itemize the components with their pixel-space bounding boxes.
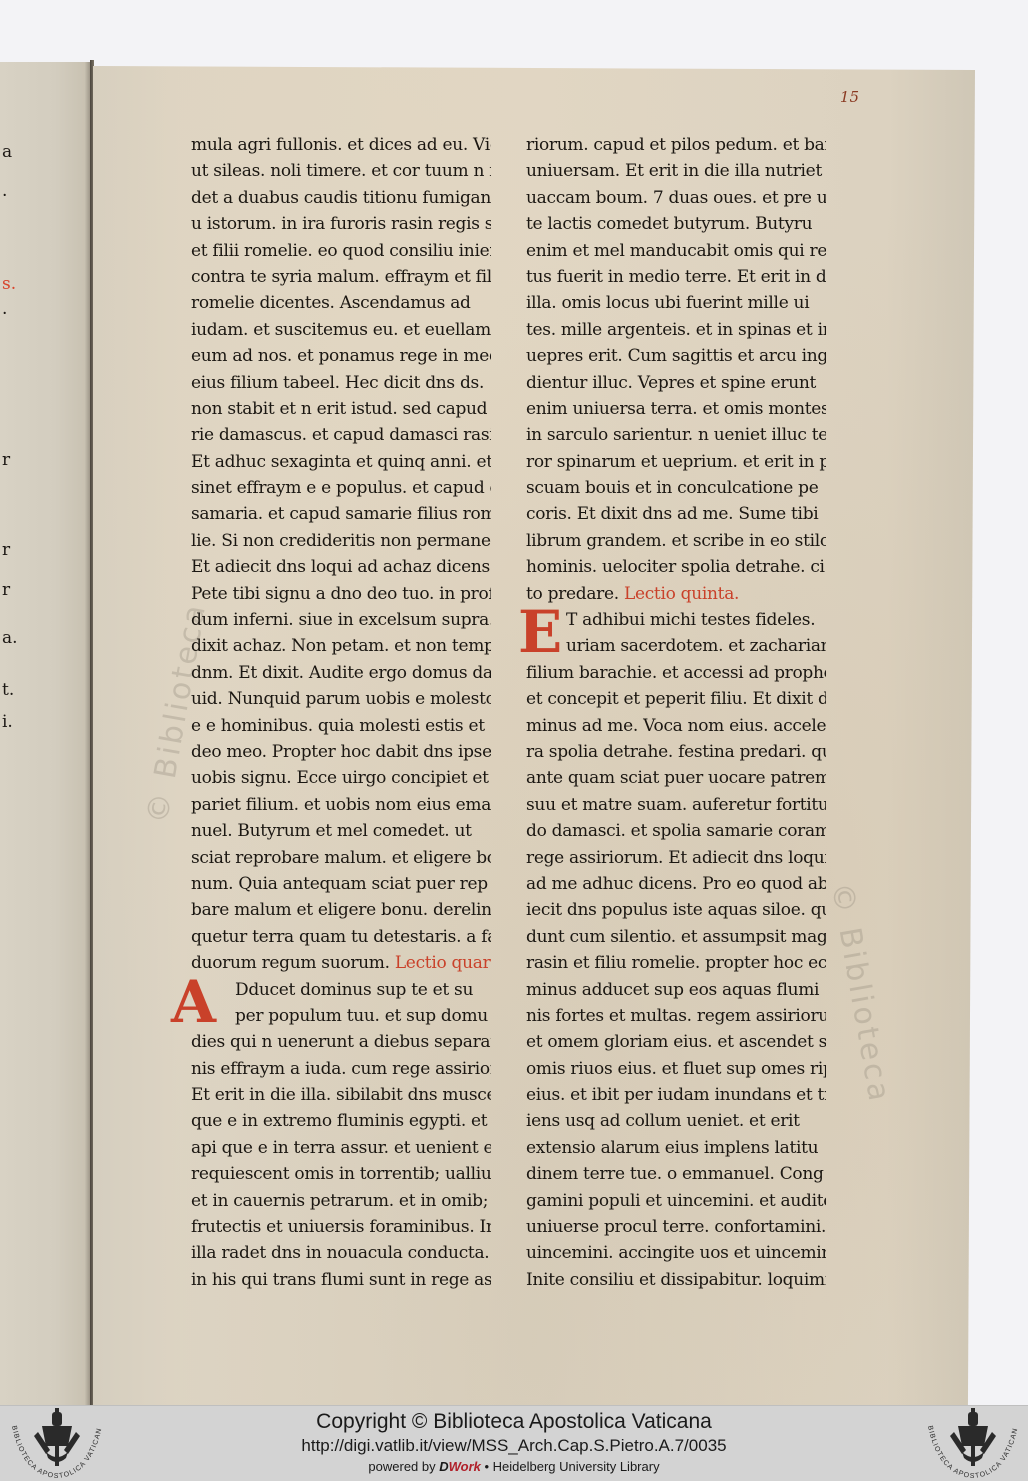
manuscript-line: pariet filium. et uobis nom eius ema: [191, 792, 491, 818]
manuscript-line: eius. et ibit per iudam inundans et tran…: [526, 1082, 826, 1108]
watermark-right: © Biblioteca: [824, 880, 897, 1106]
manuscript-line: quetur terra quam tu detestaris. a facie: [191, 924, 491, 950]
manuscript-line: que e in extremo fluminis egypti. et: [191, 1108, 491, 1134]
manuscript-line: rie damascus. et capud damasci rasin.: [191, 422, 491, 448]
left-page-fragment: t.: [2, 680, 14, 700]
manuscript-line: te lactis comedet butyrum. Butyru: [526, 211, 826, 237]
manuscript-line: nuel. Butyrum et mel comedet. ut: [191, 818, 491, 844]
manuscript-line: non stabit et n erit istud. sed capud sy: [191, 396, 491, 422]
left-page-fragment: ·: [2, 186, 7, 206]
left-page-fragment: i.: [2, 712, 13, 732]
manuscript-folio: 15 © Biblioteca © Biblioteca mula agri f…: [93, 66, 975, 1405]
manuscript-line: uid. Nunquid parum uobis e molestos: [191, 686, 491, 712]
manuscript-line: samaria. et capud samarie filius rome: [191, 501, 491, 527]
manuscript-line: dies qui n uenerunt a diebus separatio: [191, 1029, 491, 1055]
rubric-lectio-quarta: Lectio quarta.: [390, 953, 491, 973]
footer-text: Copyright © Biblioteca Apostolica Vatica…: [0, 1409, 1028, 1477]
manuscript-line: iecit dns populus iste aquas siloe. que …: [526, 897, 826, 923]
manuscript-line: enim uniuersa terra. et omis montes qui: [526, 396, 826, 422]
manuscript-line: uepres erit. Cum sagittis et arcu ingre: [526, 343, 826, 369]
illuminated-initial-a: A: [171, 973, 216, 1031]
manuscript-line: u istorum. in ira furoris rasin regis sy…: [191, 211, 491, 237]
powered-suffix: • Heidelberg University Library: [481, 1459, 660, 1474]
manuscript-line: nis effraym a iuda. cum rege assiriorum.: [191, 1056, 491, 1082]
left-page-fragment: ·: [2, 304, 7, 324]
manuscript-line: dientur illuc. Vepres et spine erunt: [526, 370, 826, 396]
manuscript-line: gamini populi et uincemini. et audite: [526, 1188, 826, 1214]
manuscript-line: dum inferni. siue in excelsum supra. Et: [191, 607, 491, 633]
manuscript-line: et concepit et peperit filiu. Et dixit d…: [526, 686, 826, 712]
manuscript-line: sciat reprobare malum. et eligere bo: [191, 845, 491, 871]
manuscript-line: per populum tuu. et sup domu patris tui.: [191, 1003, 491, 1029]
manuscript-line: frutectis et uniuersis foraminibus. In d…: [191, 1214, 491, 1240]
left-page-edge: a·s.·rrra.t.i.: [0, 62, 92, 1405]
manuscript-line: Et adiecit dns loqui ad achaz dicens.: [191, 554, 491, 580]
manuscript-line: nis fortes et multas. regem assiriorum.: [526, 1003, 826, 1029]
copyright-footer: BIBLIOTECA APOSTOLICA VATICANA Copyright…: [0, 1405, 1028, 1481]
powered-prefix: powered by: [368, 1459, 439, 1474]
manuscript-line: e e hominibus. quia molesti estis et: [191, 713, 491, 739]
powered-by-line: powered by DWork • Heidelberg University…: [0, 1457, 1028, 1477]
manuscript-line: Et erit in die illa. sibilabit dns musce: [191, 1082, 491, 1108]
folio-number: 15: [840, 88, 859, 106]
left-page-fragment: a.: [2, 628, 18, 648]
manuscript-line: illa. omis locus ubi fuerint mille ui: [526, 290, 826, 316]
manuscript-line: in sarculo sarientur. n ueniet illuc ter: [526, 422, 826, 448]
manuscript-line: to predare. Lectio quinta.: [526, 581, 826, 607]
left-page-fragment: r: [2, 540, 10, 560]
left-page-fragment: r: [2, 450, 10, 470]
manuscript-line: enim et mel manducabit omis qui relic: [526, 238, 826, 264]
left-page-fragment: s.: [2, 274, 16, 294]
manuscript-line: ror spinarum et ueprium. et erit in pa: [526, 449, 826, 475]
illuminated-initial-e: E: [518, 603, 562, 661]
text-column-left: mula agri fullonis. et dices ad eu. Vide…: [191, 132, 491, 1293]
manuscript-line: uincemini. accingite uos et uincemini.: [526, 1240, 826, 1266]
manuscript-line: uriam sacerdotem. et zachariam: [526, 633, 826, 659]
manuscript-line: omis riuos eius. et fluet sup omes ripas: [526, 1056, 826, 1082]
manuscript-line: hominis. uelociter spolia detrahe. ci: [526, 554, 826, 580]
manuscript-line: librum grandem. et scribe in eo stilo: [526, 528, 826, 554]
manuscript-line: scuam bouis et in conculcatione pe: [526, 475, 826, 501]
manuscript-line: num. Quia antequam sciat puer rep: [191, 871, 491, 897]
rubric-lectio-quinta: Lectio quinta.: [619, 584, 739, 604]
manuscript-line: dinem terre tue. o emmanuel. Cong: [526, 1161, 826, 1187]
left-page-fragment: r: [2, 580, 10, 600]
vatican-library-seal-icon: BIBLIOTECA APOSTOLICA VATICANA: [918, 1406, 1028, 1481]
manuscript-line: deo meo. Propter hoc dabit dns ipse: [191, 739, 491, 765]
manuscript-line: iens usq ad collum ueniet. et erit: [526, 1108, 826, 1134]
manuscript-line: lie. Si non credideritis non permanebiti…: [191, 528, 491, 554]
manuscript-line: romelie dicentes. Ascendamus ad: [191, 290, 491, 316]
manuscript-line: dnm. Et dixit. Audite ergo domus da: [191, 660, 491, 686]
left-page-fragment: a: [2, 142, 12, 162]
dwork-brand[interactable]: DWork: [439, 1459, 481, 1474]
manuscript-line: do damasci. et spolia samarie coram: [526, 818, 826, 844]
manuscript-line: det a duabus caudis titionu fumiganti: [191, 185, 491, 211]
manuscript-line: dunt cum silentio. et assumpsit magis: [526, 924, 826, 950]
manuscript-line: Et adhuc sexaginta et quinq anni. et de: [191, 449, 491, 475]
manuscript-line: contra te syria malum. effraym et filius: [191, 264, 491, 290]
manuscript-line: bare malum et eligere bonu. derelin: [191, 897, 491, 923]
manuscript-line: uaccam boum. 7 duas oues. et pre ubertat…: [526, 185, 826, 211]
manuscript-line: ra spolia detrahe. festina predari. quia: [526, 739, 826, 765]
manuscript-line: rasin et filiu romelie. propter hoc ecce…: [526, 950, 826, 976]
manuscript-line: sinet effraym e e populus. et capud effr…: [191, 475, 491, 501]
manuscript-line: suu et matre suam. auferetur fortitu: [526, 792, 826, 818]
manuscript-line: tus fuerit in medio terre. Et erit in di…: [526, 264, 826, 290]
manuscript-line: rege assiriorum. Et adiecit dns loqui: [526, 845, 826, 871]
manuscript-line: riorum. capud et pilos pedum. et barba: [526, 132, 826, 158]
manuscript-line: extensio alarum eius implens latitu: [526, 1135, 826, 1161]
manuscript-line: Inite consiliu et dissipabitur. loquimin…: [526, 1267, 826, 1293]
manuscript-line: dixit achaz. Non petam. et non temptabo: [191, 633, 491, 659]
source-url[interactable]: http://digi.vatlib.it/view/MSS_Arch.Cap.…: [0, 1435, 1028, 1457]
manuscript-line: Dducet dominus sup te et su: [191, 977, 491, 1003]
manuscript-line: eius filium tabeel. Hec dicit dns ds.: [191, 370, 491, 396]
manuscript-line: ad me adhuc dicens. Pro eo quod ab: [526, 871, 826, 897]
manuscript-line: requiescent omis in torrentib; uallium.: [191, 1161, 491, 1187]
manuscript-line: api que e in terra assur. et uenient et: [191, 1135, 491, 1161]
manuscript-line: tes. mille argenteis. et in spinas et in: [526, 317, 826, 343]
text-column-right: riorum. capud et pilos pedum. et barbaun…: [526, 132, 826, 1293]
manuscript-line: uniuerse procul terre. confortamini. et: [526, 1214, 826, 1240]
manuscript-line: iudam. et suscitemus eu. et euellamus: [191, 317, 491, 343]
manuscript-line: mula agri fullonis. et dices ad eu. Vide: [191, 132, 491, 158]
manuscript-line: ante quam sciat puer uocare patrem: [526, 765, 826, 791]
manuscript-line: illa radet dns in nouacula conducta.: [191, 1240, 491, 1266]
manuscript-line: minus ad me. Voca nom eius. accele: [526, 713, 826, 739]
manuscript-line: ut sileas. noli timere. et cor tuum n fo…: [191, 158, 491, 184]
manuscript-line: uniuersam. Et erit in die illa nutriet h…: [526, 158, 826, 184]
manuscript-line: T adhibui michi testes fideles.: [526, 607, 826, 633]
manuscript-line: et omem gloriam eius. et ascendet super: [526, 1029, 826, 1055]
manuscript-scan: a·s.·rrra.t.i. 15 © Biblioteca © Bibliot…: [0, 0, 1028, 1405]
manuscript-line: filium barachie. et accessi ad prophetis…: [526, 660, 826, 686]
manuscript-line: eum ad nos. et ponamus rege in medio: [191, 343, 491, 369]
manuscript-line: et filii romelie. eo quod consiliu inier…: [191, 238, 491, 264]
manuscript-line: uobis signu. Ecce uirgo concipiet et: [191, 765, 491, 791]
manuscript-line: et in cauernis petrarum. et in omib;: [191, 1188, 491, 1214]
copyright-line: Copyright © Biblioteca Apostolica Vatica…: [0, 1409, 1028, 1435]
manuscript-line: duorum regum suorum. Lectio quarta.: [191, 950, 491, 976]
manuscript-line: Pete tibi signu a dno deo tuo. in profun: [191, 581, 491, 607]
manuscript-line: in his qui trans flumi sunt in rege assi: [191, 1267, 491, 1293]
manuscript-line: minus adducet sup eos aquas flumi: [526, 977, 826, 1003]
manuscript-line: coris. Et dixit dns ad me. Sume tibi: [526, 501, 826, 527]
